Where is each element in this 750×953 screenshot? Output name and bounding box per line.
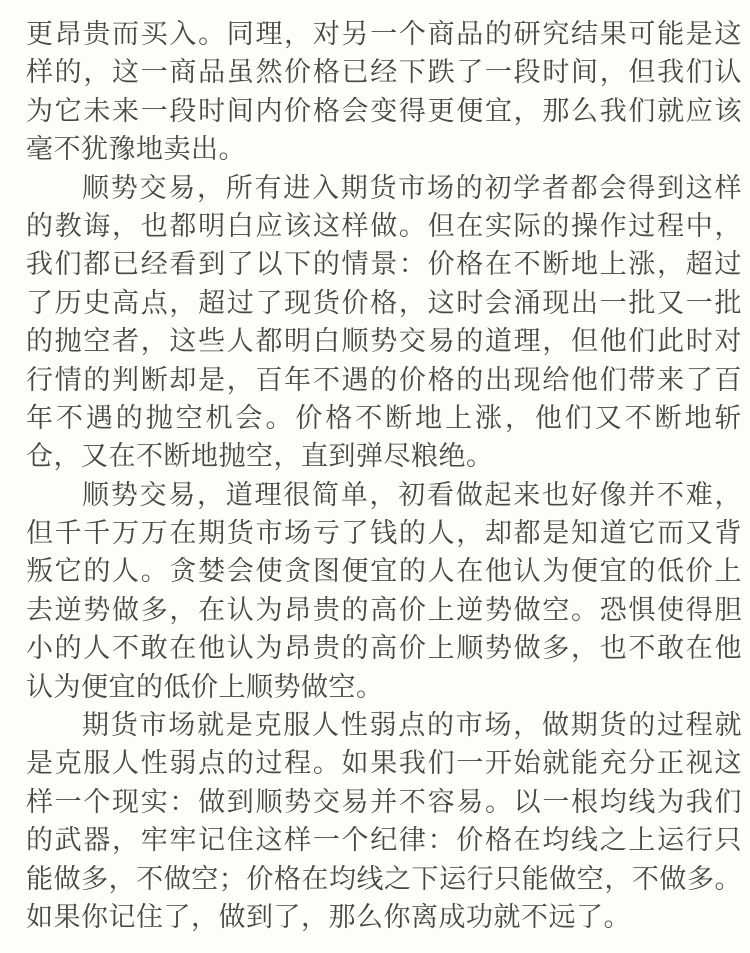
text-line: 叛它的人。贪婪会使贪图便宜的人在他认为便宜的低价上	[26, 552, 742, 590]
paragraph: 期货市场就是克服人性弱点的市场，做期货的过程就 是克服人性弱点的过程。如果我们一…	[26, 706, 742, 936]
text-line: 仓，又在不断地抛空，直到弹尽粮绝。	[26, 437, 742, 475]
text-line: 顺势交易，道理很简单，初看做起来也好像并不难，	[26, 476, 742, 514]
text-line: 是克服人性弱点的过程。如果我们一开始就能充分正视这	[26, 744, 742, 782]
text-line: 但千千万万在期货市场亏了钱的人，却都是知道它而又背	[26, 514, 742, 552]
text-line: 我们都已经看到了以下的情景：价格在不断地上涨，超过	[26, 245, 742, 283]
text-line: 行情的判断却是，百年不遇的价格的出现给他们带来了百	[26, 361, 742, 399]
paragraph: 顺势交易，所有进入期货市场的初学者都会得到这样 的教诲，也都明白应该这样做。但在…	[26, 169, 742, 476]
text-line: 样一个现实：做到顺势交易并不容易。以一根均线为我们	[26, 783, 742, 821]
text-line: 年不遇的抛空机会。价格不断地上涨，他们又不断地斩	[26, 399, 742, 437]
text-line: 如果你记住了，做到了，那么你离成功就不远了。	[26, 898, 742, 936]
text-line: 毫不犹豫地卖出。	[26, 130, 742, 168]
text-line: 的武器，牢牢记住这样一个纪律：价格在均线之上运行只	[26, 821, 742, 859]
text-line: 认为便宜的低价上顺势做空。	[26, 668, 742, 706]
paragraph: 更昂贵而买入。同理，对另一个商品的研究结果可能是这 样的，这一商品虽然价格已经下…	[26, 15, 742, 169]
text-line: 能做多，不做空；价格在均线之下运行只能做空，不做多。	[26, 860, 742, 898]
text-line: 去逆势做多，在认为昂贵的高价上逆势做空。恐惧使得胆	[26, 591, 742, 629]
text-line: 期货市场就是克服人性弱点的市场，做期货的过程就	[26, 706, 742, 744]
text-line: 样的，这一商品虽然价格已经下跌了一段时间，但我们认	[26, 53, 742, 91]
text-line: 的抛空者，这些人都明白顺势交易的道理，但他们此时对	[26, 322, 742, 360]
text-line: 了历史高点，超过了现货价格，这时会涌现出一批又一批	[26, 284, 742, 322]
text-line: 小的人不敢在他认为昂贵的高价上顺势做多，也不敢在他	[26, 629, 742, 667]
text-line: 的教诲，也都明白应该这样做。但在实际的操作过程中，	[26, 207, 742, 245]
text-line: 为它未来一段时间内价格会变得更便宜，那么我们就应该	[26, 92, 742, 130]
text-line: 更昂贵而买入。同理，对另一个商品的研究结果可能是这	[26, 15, 742, 53]
paragraph: 顺势交易，道理很简单，初看做起来也好像并不难， 但千千万万在期货市场亏了钱的人，…	[26, 476, 742, 706]
text-line: 顺势交易，所有进入期货市场的初学者都会得到这样	[26, 169, 742, 207]
book-page: 更昂贵而买入。同理，对另一个商品的研究结果可能是这 样的，这一商品虽然价格已经下…	[0, 0, 750, 953]
